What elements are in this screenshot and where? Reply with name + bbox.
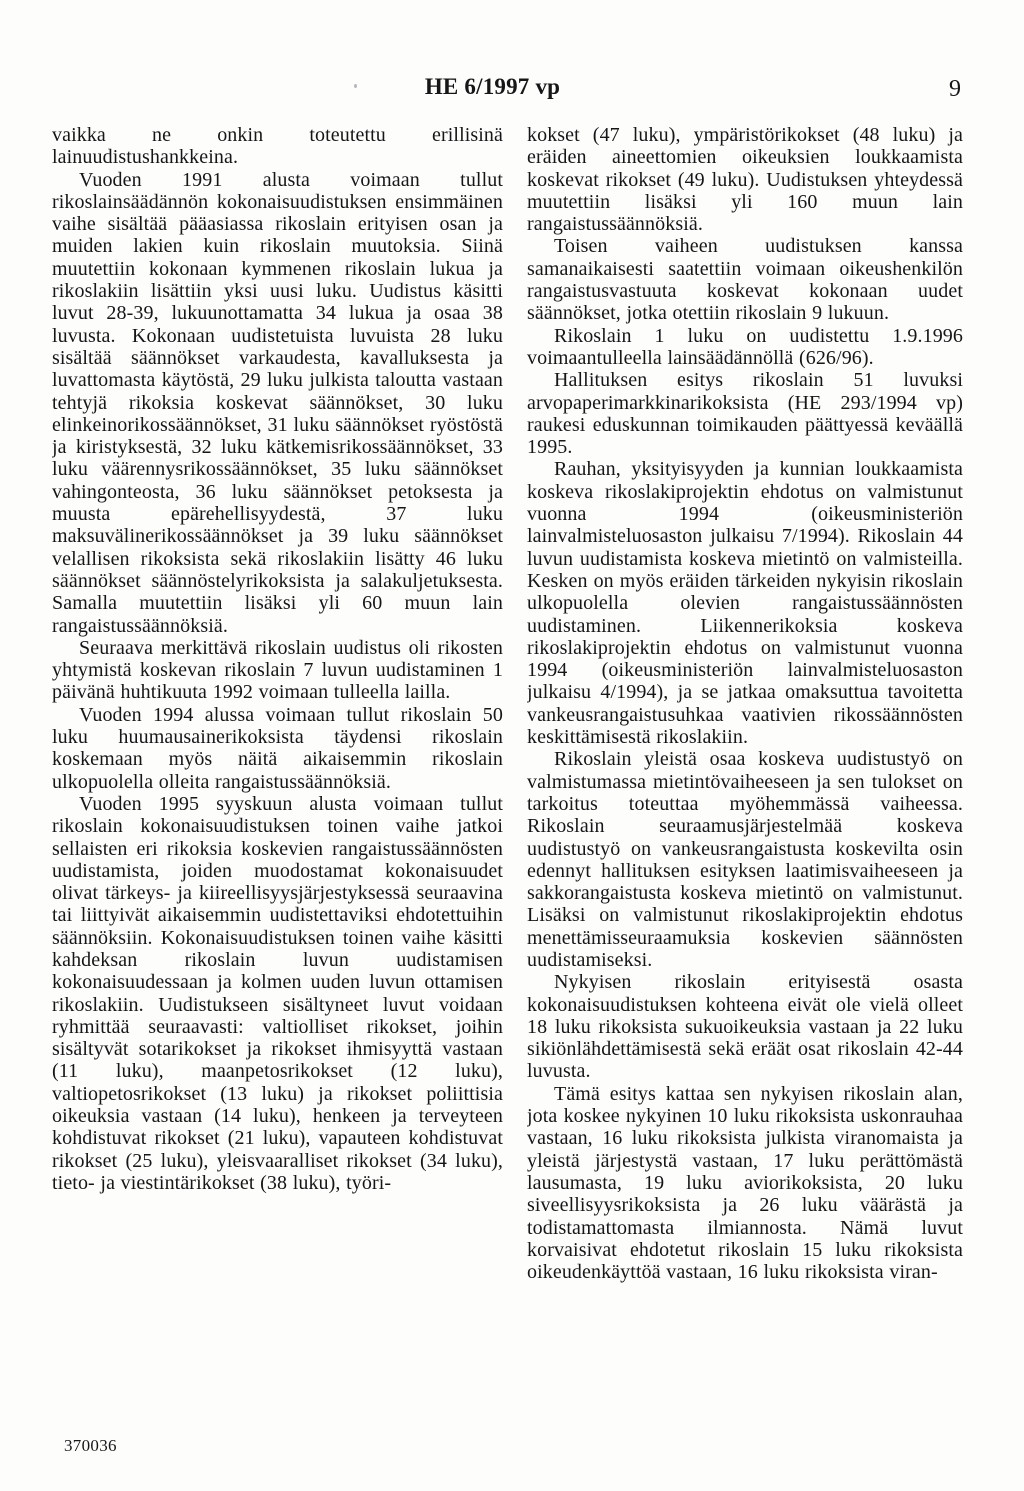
document-id: HE 6/1997 vp: [52, 74, 933, 100]
paragraph: Rikoslain yleistä osaa koskeva uudistust…: [527, 748, 963, 971]
paragraph: vaikka ne onkin toteutettu erillisinä la…: [52, 124, 503, 169]
paragraph: Hallituksen esitys rikoslain 51 luvuksi …: [527, 369, 963, 458]
document-body: vaikka ne onkin toteutettu erillisinä la…: [52, 124, 963, 1414]
print-code: 370036: [64, 1436, 117, 1456]
paragraph: Toisen vaiheen uudistuksen kanssa samana…: [527, 235, 963, 324]
paragraph: kokset (47 luku), ympäristörikokset (48 …: [527, 124, 963, 235]
page-header: HE 6/1997 vp 9: [52, 74, 963, 106]
paragraph: Nykyisen rikoslain erityisestä osasta ko…: [527, 971, 963, 1082]
paragraph: Rikoslain 1 luku on uudistettu 1.9.1996 …: [527, 325, 963, 370]
page-number: 9: [949, 76, 961, 103]
paragraph: Vuoden 1991 alusta voimaan tullut rikosl…: [52, 169, 503, 637]
document-page: HE 6/1997 vp 9 vaikka ne onkin toteutett…: [0, 0, 1024, 1491]
paragraph: Vuoden 1995 syyskuun alusta voimaan tull…: [52, 793, 503, 1194]
paragraph: Seuraava merkittävä rikoslain uudistus o…: [52, 637, 503, 704]
right-column: kokset (47 luku), ympäristörikokset (48 …: [527, 124, 963, 1414]
paragraph: Rauhan, yksityisyyden ja kunnian loukkaa…: [527, 458, 963, 748]
left-column: vaikka ne onkin toteutettu erillisinä la…: [52, 124, 503, 1414]
paragraph: Vuoden 1994 alussa voimaan tullut rikosl…: [52, 704, 503, 793]
paragraph: Tämä esitys kattaa sen nykyisen rikoslai…: [527, 1083, 963, 1284]
